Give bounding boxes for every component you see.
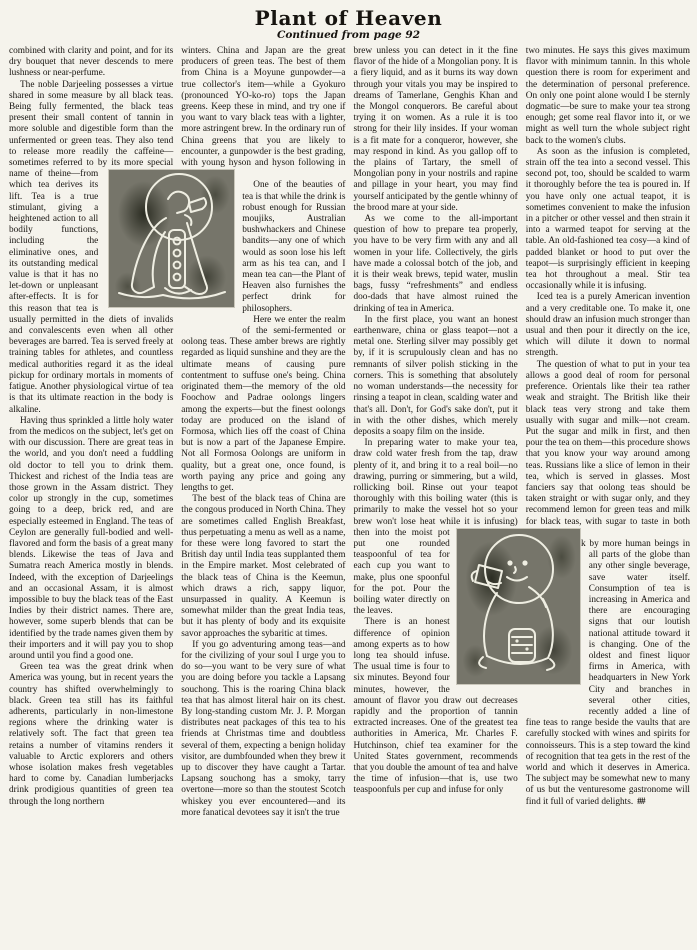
paragraph-text: In the first place, you want an honest e… xyxy=(354,315,518,437)
text-column-1: combined with clarity and point, and for… xyxy=(9,46,173,819)
text-column-3: brew unless you can detect in it the fin… xyxy=(354,46,518,819)
paragraph: If you go adventuring among teas—and for… xyxy=(181,640,345,819)
paragraph-text: The best of the black teas of China are … xyxy=(181,494,345,638)
article-title: Plant of Heaven xyxy=(0,7,697,29)
paragraph: combined with clarity and point, and for… xyxy=(9,46,173,80)
paragraph: The best of the black teas of China are … xyxy=(181,494,345,640)
paragraph-text: In preparing water to make your tea, dra… xyxy=(354,438,518,526)
paragraph: As we come to the all-important question… xyxy=(354,214,518,315)
paragraph: Iced tea is a purely American invention … xyxy=(526,292,690,359)
paragraph-text: two minutes. He says this gives maximum … xyxy=(526,46,690,146)
paragraph-text: As soon as the infusion is completed, st… xyxy=(526,147,690,291)
seated-tea-drinker-drawing xyxy=(457,529,580,684)
continued-from-note: Continued from page 92 xyxy=(0,29,697,42)
seated-tea-drinker-illustration xyxy=(457,529,580,684)
paragraph-text: brew unless you can detect in it the fin… xyxy=(354,46,518,213)
paragraph: Here we enter the realm of the semi-ferm… xyxy=(181,315,345,494)
illustration-anchor xyxy=(455,529,518,686)
end-mark: ## xyxy=(637,797,644,807)
paragraph-text: winters. China and Japan are the great p… xyxy=(181,46,345,179)
paragraph: Having thus sprinkled a little holy wate… xyxy=(9,416,173,662)
paragraph-text: One of the beauties of tea is that while… xyxy=(242,180,345,313)
text-column-2: winters. China and Japan are the great p… xyxy=(181,46,345,819)
paragraph-text: Here we enter the realm of the semi-ferm… xyxy=(181,315,345,493)
paragraph: In preparing water to make your tea, dra… xyxy=(354,438,518,617)
paragraph: two minutes. He says this gives maximum … xyxy=(526,46,690,147)
kneeling-tea-drinker-drawing xyxy=(109,170,234,307)
paragraph-text: As we come to the all-important question… xyxy=(354,214,518,314)
text-column-4: two minutes. He says this gives maximum … xyxy=(526,46,690,819)
paragraph: In the first place, you want an honest e… xyxy=(354,315,518,438)
paragraph: brew unless you can detect in it the fin… xyxy=(354,46,518,214)
paragraph-text: The noble Darjeeling possesses a virtue … xyxy=(9,80,173,180)
article-header: Plant of Heaven Continued from page 92 xyxy=(0,0,697,42)
paragraph-text: Having thus sprinkled a little holy wate… xyxy=(9,416,173,661)
paragraph-text: combined with clarity and point, and for… xyxy=(9,46,173,78)
paragraph-text: If you go adventuring among teas—and for… xyxy=(181,640,345,818)
paragraph: The noble Darjeeling possesses a virtue … xyxy=(9,80,173,416)
paragraph-text: Green tea was the great drink when Ameri… xyxy=(9,662,173,806)
paragraph: winters. China and Japan are the great p… xyxy=(181,46,345,180)
paragraph: Green tea was the great drink when Ameri… xyxy=(9,662,173,808)
paragraph-text: Iced tea is a purely American invention … xyxy=(526,292,690,358)
paragraph-text: The question of what to put in your tea … xyxy=(526,360,690,538)
paragraph: As soon as the infusion is completed, st… xyxy=(526,147,690,293)
kneeling-tea-drinker-illustration xyxy=(109,170,234,307)
text-columns: combined with clarity and point, and for… xyxy=(0,42,697,819)
magazine-page: Plant of Heaven Continued from page 92 c… xyxy=(0,0,697,950)
illustration-anchor xyxy=(103,170,173,310)
paragraph: The question of what to put in your tea … xyxy=(526,360,690,539)
